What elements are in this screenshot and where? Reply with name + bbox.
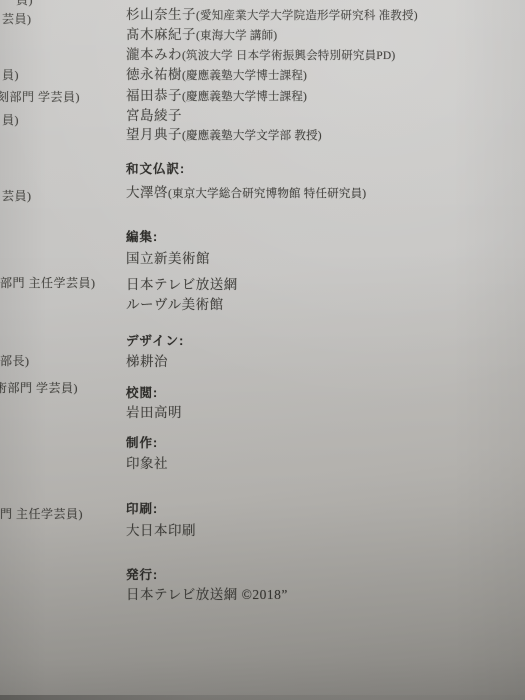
contributor-name: 宮島綾子 (126, 108, 182, 123)
contributor-name: 徳永祐樹 (126, 67, 182, 82)
editing-org: ルーヴル美術館 (126, 293, 224, 313)
left-column-fragment: 術部門 学芸員) (0, 379, 78, 396)
printing-company: 大日本印刷 (126, 519, 196, 539)
section-heading-translation: 和文仏訳: (126, 159, 185, 177)
editing-org: 日本テレビ放送網 (126, 273, 238, 293)
contributor-line: 杉山奈生子(愛知産業大学大学院造形学研究科 准教授) (126, 3, 418, 23)
section-heading-editing: 編集: (126, 227, 158, 245)
section-heading-printing: 印刷: (126, 499, 158, 517)
contributor-affiliation: (東海大学 講師) (196, 30, 277, 42)
translator-line: 大澤啓(東京大学総合研究博物館 特任研究員) (126, 181, 366, 201)
section-heading-production: 制作: (126, 433, 158, 451)
contributor-name: 望月典子 (126, 127, 182, 142)
contributor-name: 杉山奈生子 (126, 7, 196, 22)
translator-affiliation: (東京大学総合研究博物館 特任研究員) (168, 188, 366, 200)
contributor-affiliation: (慶應義塾大学博士課程) (182, 91, 307, 103)
contributor-line: 徳永祐樹(慶應義塾大学博士課程) (126, 63, 307, 83)
left-column-fragment: 芸員) (2, 10, 32, 27)
left-column-fragment: 部長) (0, 352, 30, 369)
contributor-line: 望月典子(慶應義塾大学文学部 教授) (126, 123, 322, 143)
contributor-affiliation: (筑波大学 日本学術振興会特別研究員PD) (182, 50, 395, 62)
left-column-fragment: 門 主任学芸員) (0, 505, 83, 522)
colophon-page-photo: 員) 芸員) 員) 刻部門 学芸員) 員) 芸員) 部門 主任学芸員) 部長) … (0, 0, 525, 700)
section-heading-publisher: 発行: (126, 565, 158, 583)
editing-org: 国立新美術館 (126, 247, 210, 267)
contributor-affiliation: (慶應義塾大学文学部 教授) (182, 130, 322, 142)
translator-name: 大澤啓 (126, 185, 168, 200)
left-column-fragment: 員) (16, 0, 33, 8)
left-column-fragment: 員) (2, 111, 19, 128)
designer-name: 梯耕治 (126, 350, 168, 370)
left-column-fragment: 部門 主任学芸員) (0, 274, 96, 291)
contributor-affiliation: (慶應義塾大学博士課程) (182, 70, 307, 82)
left-column-fragment: 芸員) (2, 187, 32, 204)
contributor-line: 髙木麻紀子(東海大学 講師) (126, 23, 277, 43)
contributor-name: 髙木麻紀子 (126, 27, 196, 42)
page-bottom-edge-shadow (0, 695, 525, 700)
contributor-affiliation: (愛知産業大学大学院造形学研究科 准教授) (196, 10, 418, 22)
left-column-fragment: 員) (2, 66, 19, 83)
publisher-copyright-line: 日本テレビ放送網 ©2018” (126, 583, 288, 603)
contributor-name: 瀧本みわ (126, 47, 182, 62)
left-column-fragment: 刻部門 学芸員) (0, 88, 80, 105)
contributor-line: 瀧本みわ(筑波大学 日本学術振興会特別研究員PD) (126, 43, 395, 63)
contributor-line: 宮島綾子 (126, 104, 182, 124)
contributor-name: 福田恭子 (126, 88, 182, 103)
proofreader-name: 岩田高明 (126, 401, 182, 421)
section-heading-design: デザイン: (126, 331, 184, 349)
production-company: 印象社 (126, 452, 168, 472)
section-heading-proofreading: 校閲: (126, 383, 158, 401)
contributor-line: 福田恭子(慶應義塾大学博士課程) (126, 84, 307, 104)
